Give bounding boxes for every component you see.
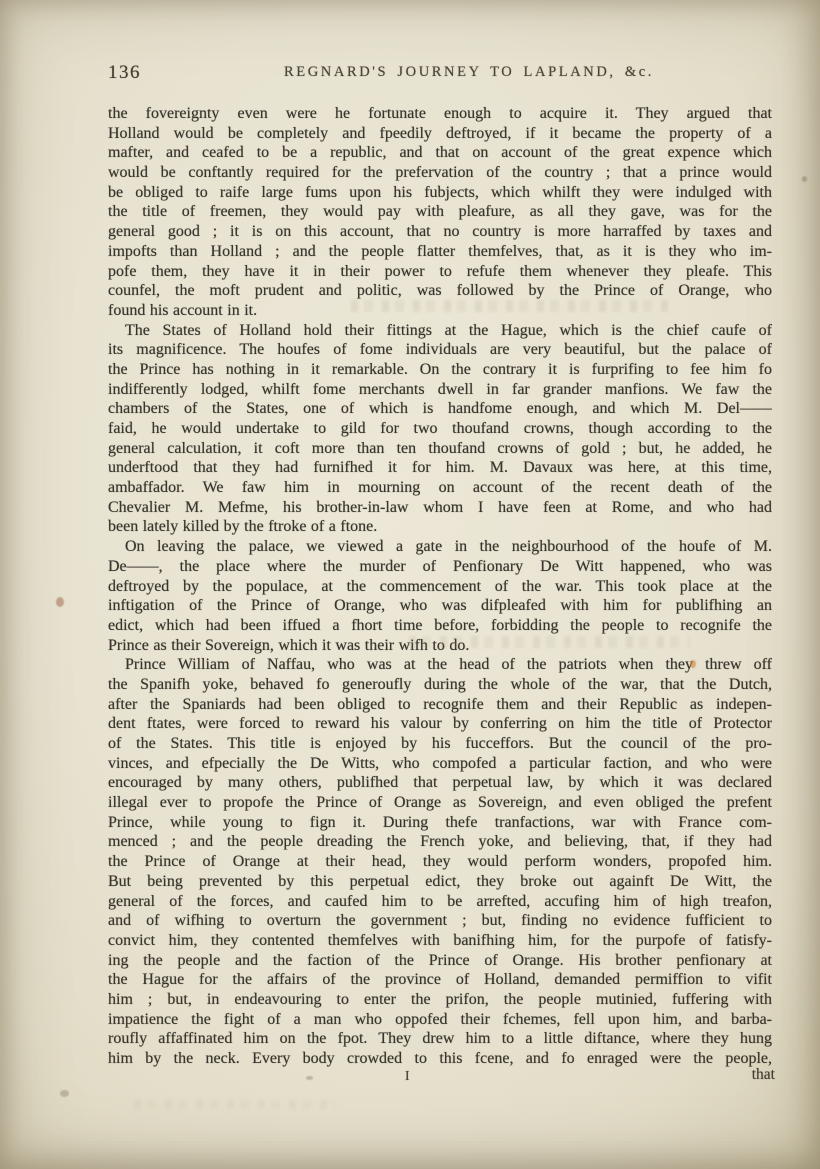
text-line: would be conftantly required for the pre… xyxy=(108,163,772,183)
foxing-spot xyxy=(802,176,807,182)
text-line: edict, which had been iffued a fhort tim… xyxy=(108,616,772,636)
text-line: him ; but, in endeavouring to enter the … xyxy=(108,990,772,1010)
show-through-texture xyxy=(125,1100,335,1109)
text-line: vinces, and efpecially the De Witts, who… xyxy=(108,754,772,774)
text-line: roufly affaffinated him on the fpot. The… xyxy=(108,1029,772,1049)
text-line: of the States. This title is enjoyed by … xyxy=(108,734,772,754)
book-page: 136 REGNARD'S JOURNEY TO LAPLAND, &c. th… xyxy=(0,0,820,1169)
text-line: after the Spaniards had been obliged to … xyxy=(108,695,772,715)
foxing-spot xyxy=(56,597,64,607)
catchword: that xyxy=(752,1066,775,1084)
text-line: general of the forces, and caufed him to… xyxy=(108,892,772,912)
text-line: Chevalier M. Mefme, his brother-in-law w… xyxy=(108,498,772,518)
text-line: found his account in it. xyxy=(108,301,772,321)
signature-row: I that xyxy=(108,1066,775,1088)
text-line: chambers of the States, one of which is … xyxy=(108,399,772,419)
text-line: dent ftates, were forced to reward his v… xyxy=(108,714,772,734)
text-line: Prince, while young to fign it. During t… xyxy=(108,813,772,833)
text-line: De——, the place where the murder of Penf… xyxy=(108,557,772,577)
text-line: the Prince has nothing in it remarkable.… xyxy=(108,360,772,380)
text-block: the fovereignty even were he fortunate e… xyxy=(108,104,772,1069)
text-line: impofts than Holland ; and the people fl… xyxy=(108,242,772,262)
text-line: general good ; it is on this account, th… xyxy=(108,222,772,242)
text-line: the Spanifh yoke, behaved fo generoufly … xyxy=(108,675,772,695)
text-line: be obliged to raife large fums upon his … xyxy=(108,183,772,203)
text-line: ambaffador. We faw him in mourning on ac… xyxy=(108,478,772,498)
text-line: faid, he would undertake to gild for two… xyxy=(108,419,772,439)
text-line: mafter, and ceafed to be a republic, and… xyxy=(108,143,772,163)
paragraph: the fovereignty even were he fortunate e… xyxy=(108,104,772,321)
text-line: On leaving the palace, we viewed a gate … xyxy=(108,537,772,557)
text-line: Prince William of Naffau, who was at the… xyxy=(108,655,772,675)
text-line: pofe them, they have it in their power t… xyxy=(108,262,772,282)
text-line: encouraged by many others, publifhed tha… xyxy=(108,773,772,793)
text-line: illegal ever to propofe the Prince of Or… xyxy=(108,793,772,813)
text-line: the Hague for the affairs of the provinc… xyxy=(108,970,772,990)
text-line: indifferently lodged, whilft fome mercha… xyxy=(108,380,772,400)
text-line: menced ; and the people dreading the Fre… xyxy=(108,832,772,852)
paragraph: Prince William of Naffau, who was at the… xyxy=(108,655,772,1068)
paragraph: The States of Holland hold their fitting… xyxy=(108,321,772,538)
text-line: counfel, the moft prudent and politic, w… xyxy=(108,281,772,301)
page-header: 136 REGNARD'S JOURNEY TO LAPLAND, &c. xyxy=(0,0,820,100)
text-line: The States of Holland hold their fitting… xyxy=(108,321,772,341)
text-line: But being prevented by this perpetual ed… xyxy=(108,872,772,892)
text-line: been lately killed by the ftroke of a ft… xyxy=(108,517,772,537)
foxing-spot xyxy=(60,1090,69,1097)
text-line: its magnificence. The houfes of fome ind… xyxy=(108,340,772,360)
text-line: the title of freemen, they would pay wit… xyxy=(108,202,772,222)
running-title: REGNARD'S JOURNEY TO LAPLAND, &c. xyxy=(284,64,654,81)
text-line: Prince as their Sovereign, which it was … xyxy=(108,636,772,656)
text-line: underftood that they had furnifhed it fo… xyxy=(108,458,772,478)
text-line: the fovereignty even were he fortunate e… xyxy=(108,104,772,124)
text-line: convict him, they contented themfelves w… xyxy=(108,931,772,951)
page-number: 136 xyxy=(108,62,141,84)
text-line: the Prince of Orange at their head, they… xyxy=(108,852,772,872)
signature-mark: I xyxy=(405,1068,410,1084)
text-line: impatience the fight of a man who oppofe… xyxy=(108,1010,772,1030)
text-line: Holland would be completely and fpeedily… xyxy=(108,124,772,144)
text-line: ing the people and the faction of the Pr… xyxy=(108,951,772,971)
text-line: inftigation of the Prince of Orange, who… xyxy=(108,596,772,616)
paragraph: On leaving the palace, we viewed a gate … xyxy=(108,537,772,655)
text-line: deftroyed by the populace, at the commen… xyxy=(108,577,772,597)
text-line: and of wifhing to overturn the governmen… xyxy=(108,911,772,931)
text-line: general calculation, it coft more than t… xyxy=(108,439,772,459)
